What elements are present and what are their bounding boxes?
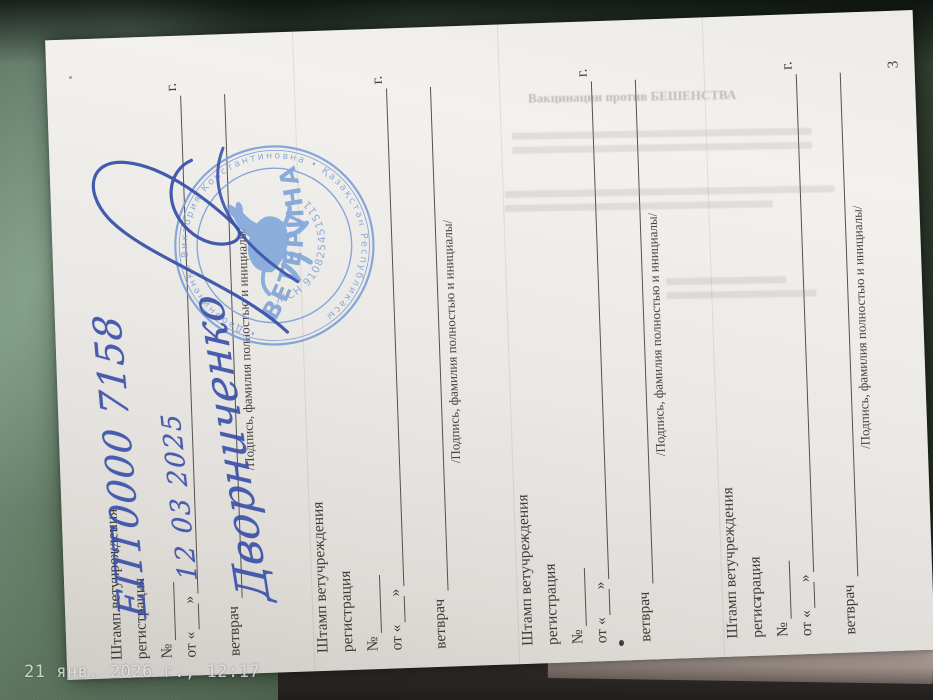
dust-speck [757,597,761,601]
camera-timestamp: 21 янв. 2026 г., 12:17 [24,662,260,682]
vet-label: ветврач [225,606,245,657]
date-quote-close: » [796,574,814,582]
vet-label: ветврач [841,584,861,635]
dust-speck [69,76,72,79]
number-row: № [360,531,382,652]
date-prefix: от « [797,610,816,637]
bleed-through-line [666,290,816,300]
vet-label: ветврач [636,591,656,642]
number-prefix: № [774,622,793,637]
bleed-through-text: Вакцинации против БЕШЕНСТВА [503,85,852,331]
blank-line [160,582,176,640]
signature-flourish [79,91,313,349]
bleed-through-line [505,185,835,198]
blank-line [391,596,406,622]
number-prefix: № [364,636,383,651]
number-prefix: № [569,629,588,644]
date-quote-close: » [386,588,404,596]
bleed-through-heading: Вакцинации против БЕШЕНСТВА [528,87,736,107]
bleed-through-line [512,128,812,140]
blank-line [596,589,611,615]
date-quote-close: » [181,596,199,604]
bleed-through-line [505,200,773,212]
blank-line [366,575,382,633]
date-prefix: от « [593,617,612,644]
year-suffix: г. [369,75,387,84]
year-suffix: г. [163,83,181,92]
dust-speck [619,640,624,646]
date-prefix: от « [388,624,407,651]
blank-line [800,582,815,608]
blank-line [571,568,587,626]
photo-scene: Штамп ветучреждения регистрация № от « »… [0,0,933,700]
blank-line [185,603,200,629]
date-quote-close: » [591,581,609,589]
bleed-through-line [512,142,812,154]
year-suffix: г. [573,68,591,77]
vet-label: ветврач [431,599,451,650]
page-number: 3 [885,60,902,68]
number-row: № [770,517,792,638]
date-prefix: от « [182,631,201,658]
year-suffix: г. [778,61,796,70]
bleed-through-line [666,276,786,285]
blank-line [776,561,792,619]
number-row: № [565,524,587,645]
number-prefix: № [158,643,177,658]
